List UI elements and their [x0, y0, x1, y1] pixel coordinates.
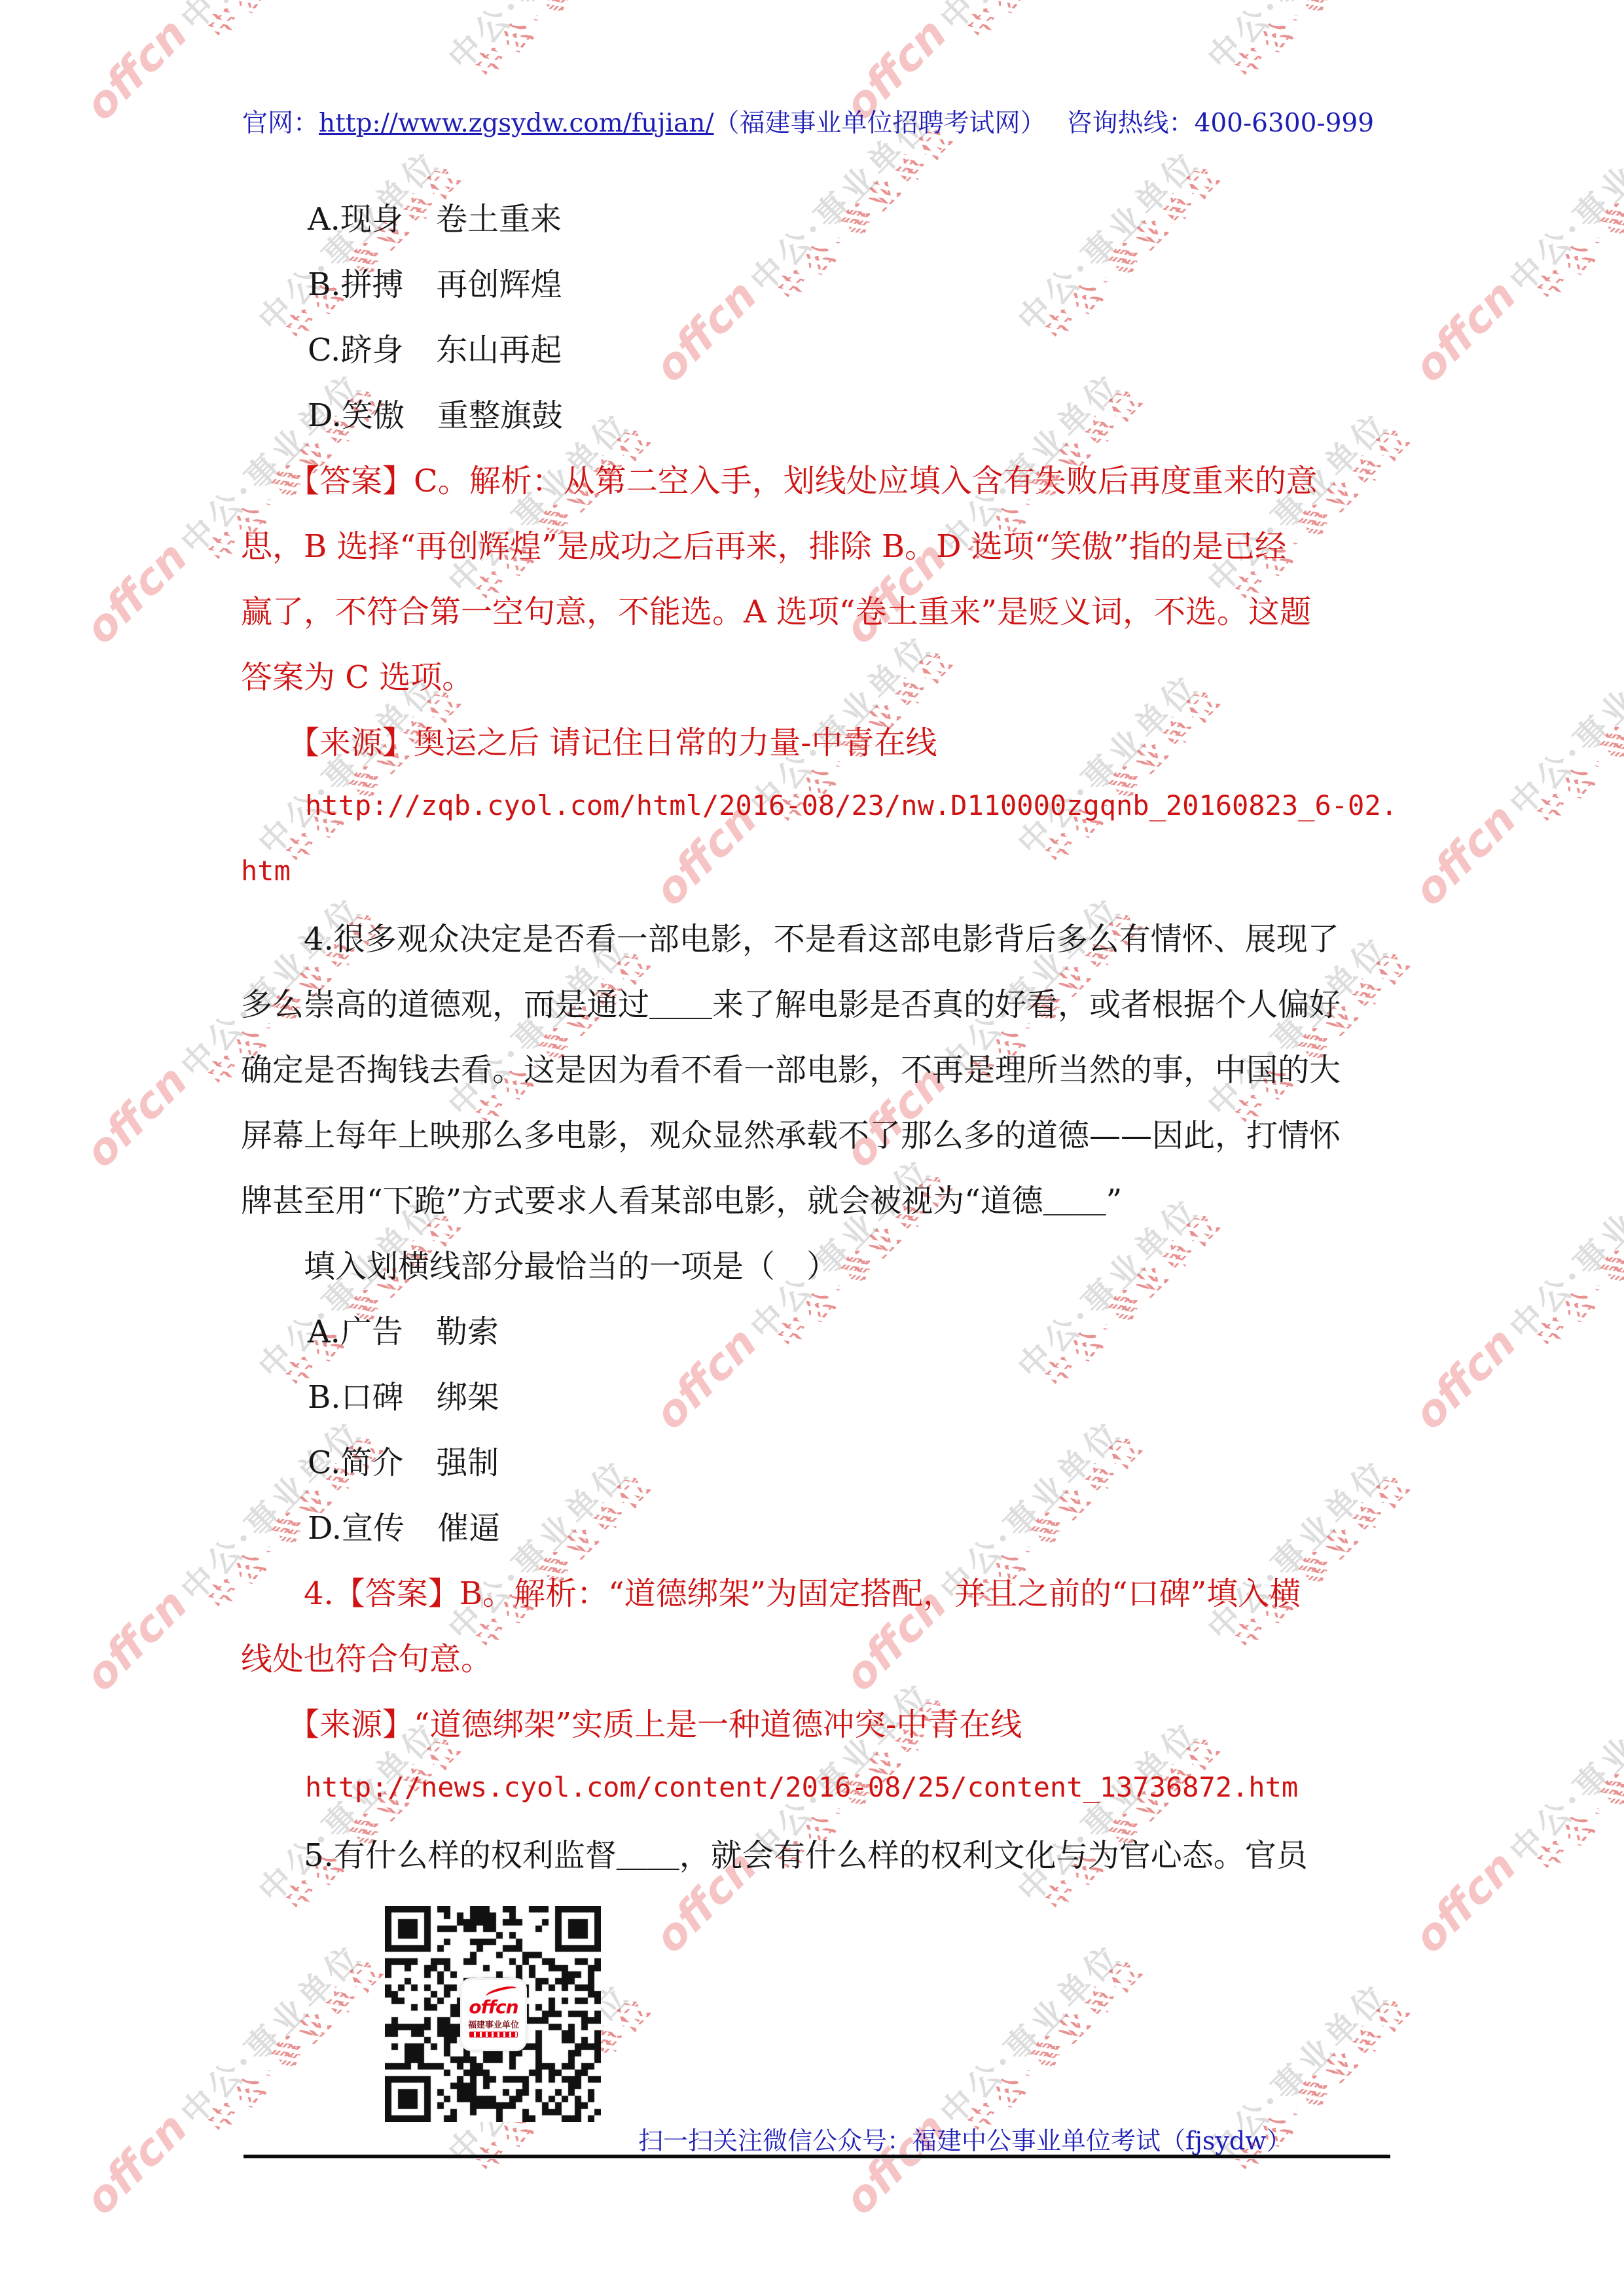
option-label: B.拼搏: [308, 259, 404, 304]
watermark-text-striped: 中公·事业单位: [1530, 1688, 1624, 1879]
q3-answer-line: 赢了，不符合第一空句意，不能选。A 选项“卷土重来”是贬义词，不选。这题: [241, 576, 1388, 641]
watermark-brand: offcn: [78, 535, 194, 651]
watermark: offcn中公·事业单位中公·事业单位: [1407, 622, 1624, 914]
watermark-text: 中公·事业单位: [932, 0, 1129, 38]
watermark: offcn中公·事业单位中公·事业单位: [1407, 99, 1624, 390]
watermark-brand: offcn: [78, 1582, 194, 1698]
watermark-text-striped: 中公·事业单位: [1530, 1164, 1624, 1355]
option-value: 东山再起: [436, 325, 562, 370]
q5-stem-line: 5.有什么样的权利监督＿＿，就会有什么样的权利文化与为官心态。官员: [241, 1820, 1388, 1885]
qr-code: offcn 福建事业单位: [385, 1906, 602, 2123]
document-body: A.现身 卷土重来 B.拼搏 再创辉煌 C.跻身 东山再起 D.笑傲 重整旗鼓 …: [241, 183, 1388, 1885]
q4-stem-line: 4.很多观众决定是否看一部电影，不是看这部电影背后多么有情怀、展现了: [241, 903, 1388, 969]
footer-note: 扫一扫关注微信公众号：福建中公事业单位考试（fjsydw）: [638, 2121, 1291, 2157]
site-label: 官网：: [242, 109, 319, 138]
q3-source-url: http://zqb.cyol.com/html/2016-08/23/nw.D…: [241, 772, 1388, 838]
q4-source-url: http://news.cyol.com/content/2016-08/25/…: [241, 1754, 1388, 1820]
watermark-text: 中公·事业单位: [1502, 1674, 1624, 1871]
watermark-text-striped: 中公·事业单位: [469, 0, 660, 85]
q4-option-a: A.广告 勒索: [241, 1296, 1388, 1361]
watermark-text: 中公·事业单位: [932, 1935, 1129, 2132]
option-value: 再创辉煌: [437, 259, 562, 304]
watermark-brand: offcn: [1407, 797, 1523, 913]
watermark-brand: offcn: [1407, 1320, 1523, 1437]
watermark-text: 中公·事业单位: [1502, 1150, 1624, 1347]
option-value: 绑架: [437, 1372, 499, 1417]
q3-option-b: B.拼搏 再创辉煌: [241, 249, 1388, 314]
q3-answer-line: 思，B 选择“再创辉煌”是成功之后再来，排除 B。D 选项“笑傲”指的是已经: [241, 511, 1388, 576]
watermark-brand: offcn: [1407, 273, 1523, 389]
watermark: offcn中公·事业单位中公·事业单位: [837, 1931, 1128, 2223]
q3-option-d: D.笑傲 重整旗鼓: [241, 380, 1388, 445]
q3-option-a: A.现身 卷土重来: [241, 183, 1388, 249]
watermark-text: 中公·事业单位: [1502, 626, 1624, 823]
option-value: 催逼: [437, 1503, 500, 1548]
q4-stem-line: 确定是否掏钱去看。这是因为看不看一部电影，不再是理所当然的事，中国的大: [241, 1034, 1388, 1100]
watermark: offcn中公·事业单位中公·事业单位: [1407, 1146, 1624, 1437]
option-label: D.宣传: [308, 1503, 405, 1548]
watermark-text-striped: 中公·事业单位: [961, 0, 1152, 46]
q3-option-c: C.跻身 东山再起: [241, 314, 1388, 380]
watermark-text: 中公·事业单位: [173, 1935, 370, 2132]
watermark: offcn中公·事业单位中公·事业单位: [1407, 1670, 1624, 1961]
q4-prompt: 填入划横线部分最恰当的一项是（ ）: [241, 1230, 1388, 1296]
option-value: 勒索: [436, 1306, 499, 1352]
q4-answer-line: 4.【答案】B。解析：“道德绑架”为固定搭配，并且之前的“口碑”填入横: [241, 1558, 1388, 1623]
footer-divider: [244, 2155, 1390, 2159]
qr-logo: offcn 福建事业单位: [462, 1980, 525, 2049]
watermark-text: 中公·事业单位: [441, 0, 638, 77]
q4-option-d: D.宣传 催逼: [241, 1492, 1388, 1558]
watermark-brand: offcn: [78, 1058, 194, 1175]
option-value: 强制: [436, 1437, 499, 1482]
watermark-brand: offcn: [78, 2106, 194, 2222]
q3-answer-line: 【答案】C。解析：从第二空入手，划线处应填入含有失败后再度重来的意: [241, 445, 1388, 511]
q4-source-line: 【来源】“道德绑架”实质上是一种道德冲突-中青在线: [241, 1689, 1388, 1754]
page-header: 官网：http://www.zgsydw.com/fujian/（福建事业单位招…: [242, 107, 1394, 141]
site-suffix: （福建事业单位招聘考试网）: [714, 109, 1046, 138]
watermark: 中公·事业单位中公·事业单位: [441, 0, 636, 76]
option-value: 重整旗鼓: [437, 390, 563, 435]
q4-answer-line: 线处也符合句意。: [241, 1623, 1388, 1689]
q4-stem-line: 多么崇高的道德观，而是通过＿＿来了解电影是否真的好看，或者根据个人偏好: [241, 969, 1388, 1034]
qr-logo-brand: offcn: [469, 1998, 518, 2017]
option-value: 卷土重来: [436, 194, 562, 239]
hotline: 咨询热线：400-6300-999: [1067, 109, 1375, 138]
watermark-text-striped: 中公·事业单位: [961, 1950, 1152, 2141]
option-label: C.跻身: [308, 325, 403, 370]
qr-logo-subtitle: 福建事业单位: [468, 2018, 519, 2030]
watermark-brand: offcn: [1407, 1844, 1523, 1960]
qr-logo-bar: [469, 2032, 518, 2037]
watermark-text: 中公·事业单位: [1502, 103, 1624, 300]
q3-answer-line: 答案为 C 选项。: [241, 641, 1388, 707]
q3-source-url-wrap: htm: [241, 838, 1388, 903]
watermark-text-striped: 中公·事业单位: [1530, 117, 1624, 308]
watermark: offcn中公·事业单位中公·事业单位: [78, 1931, 369, 2223]
watermark-text: 中公·事业单位: [173, 0, 370, 38]
document-page: offcn中公·事业单位中公·事业单位中公·事业单位中公·事业单位offcn中公…: [0, 0, 1624, 2296]
watermark-text: 中公·事业单位: [1200, 0, 1397, 77]
site-url-link[interactable]: http://www.zgsydw.com/fujian/: [319, 109, 714, 138]
q4-option-c: C.简介 强制: [241, 1427, 1388, 1492]
watermark-text-striped: 中公·事业单位: [1229, 0, 1420, 85]
watermark: 中公·事业单位中公·事业单位: [1200, 0, 1396, 76]
q4-stem-line: 屏幕上每年上映那么多电影，观众显然承载不了那么多的道德——因此，打情怀: [241, 1100, 1388, 1165]
watermark-text-striped: 中公·事业单位: [202, 0, 393, 46]
option-label: A.广告: [308, 1306, 403, 1352]
watermark-text-striped: 中公·事业单位: [202, 1950, 393, 2141]
watermark-text-striped: 中公·事业单位: [1530, 641, 1624, 832]
q4-stem-line: 牌甚至用“下跪”方式要求人看某部电影，就会被视为“道德＿＿”: [241, 1165, 1388, 1230]
watermark-brand: offcn: [78, 11, 194, 128]
option-label: B.口碑: [308, 1372, 404, 1417]
option-label: C.简介: [308, 1437, 403, 1482]
option-label: D.笑傲: [308, 390, 405, 435]
option-label: A.现身: [308, 194, 403, 239]
q3-source-line: 【来源】奥运之后 请记住日常的力量-中青在线: [241, 707, 1388, 772]
q4-option-b: B.口碑 绑架: [241, 1361, 1388, 1427]
